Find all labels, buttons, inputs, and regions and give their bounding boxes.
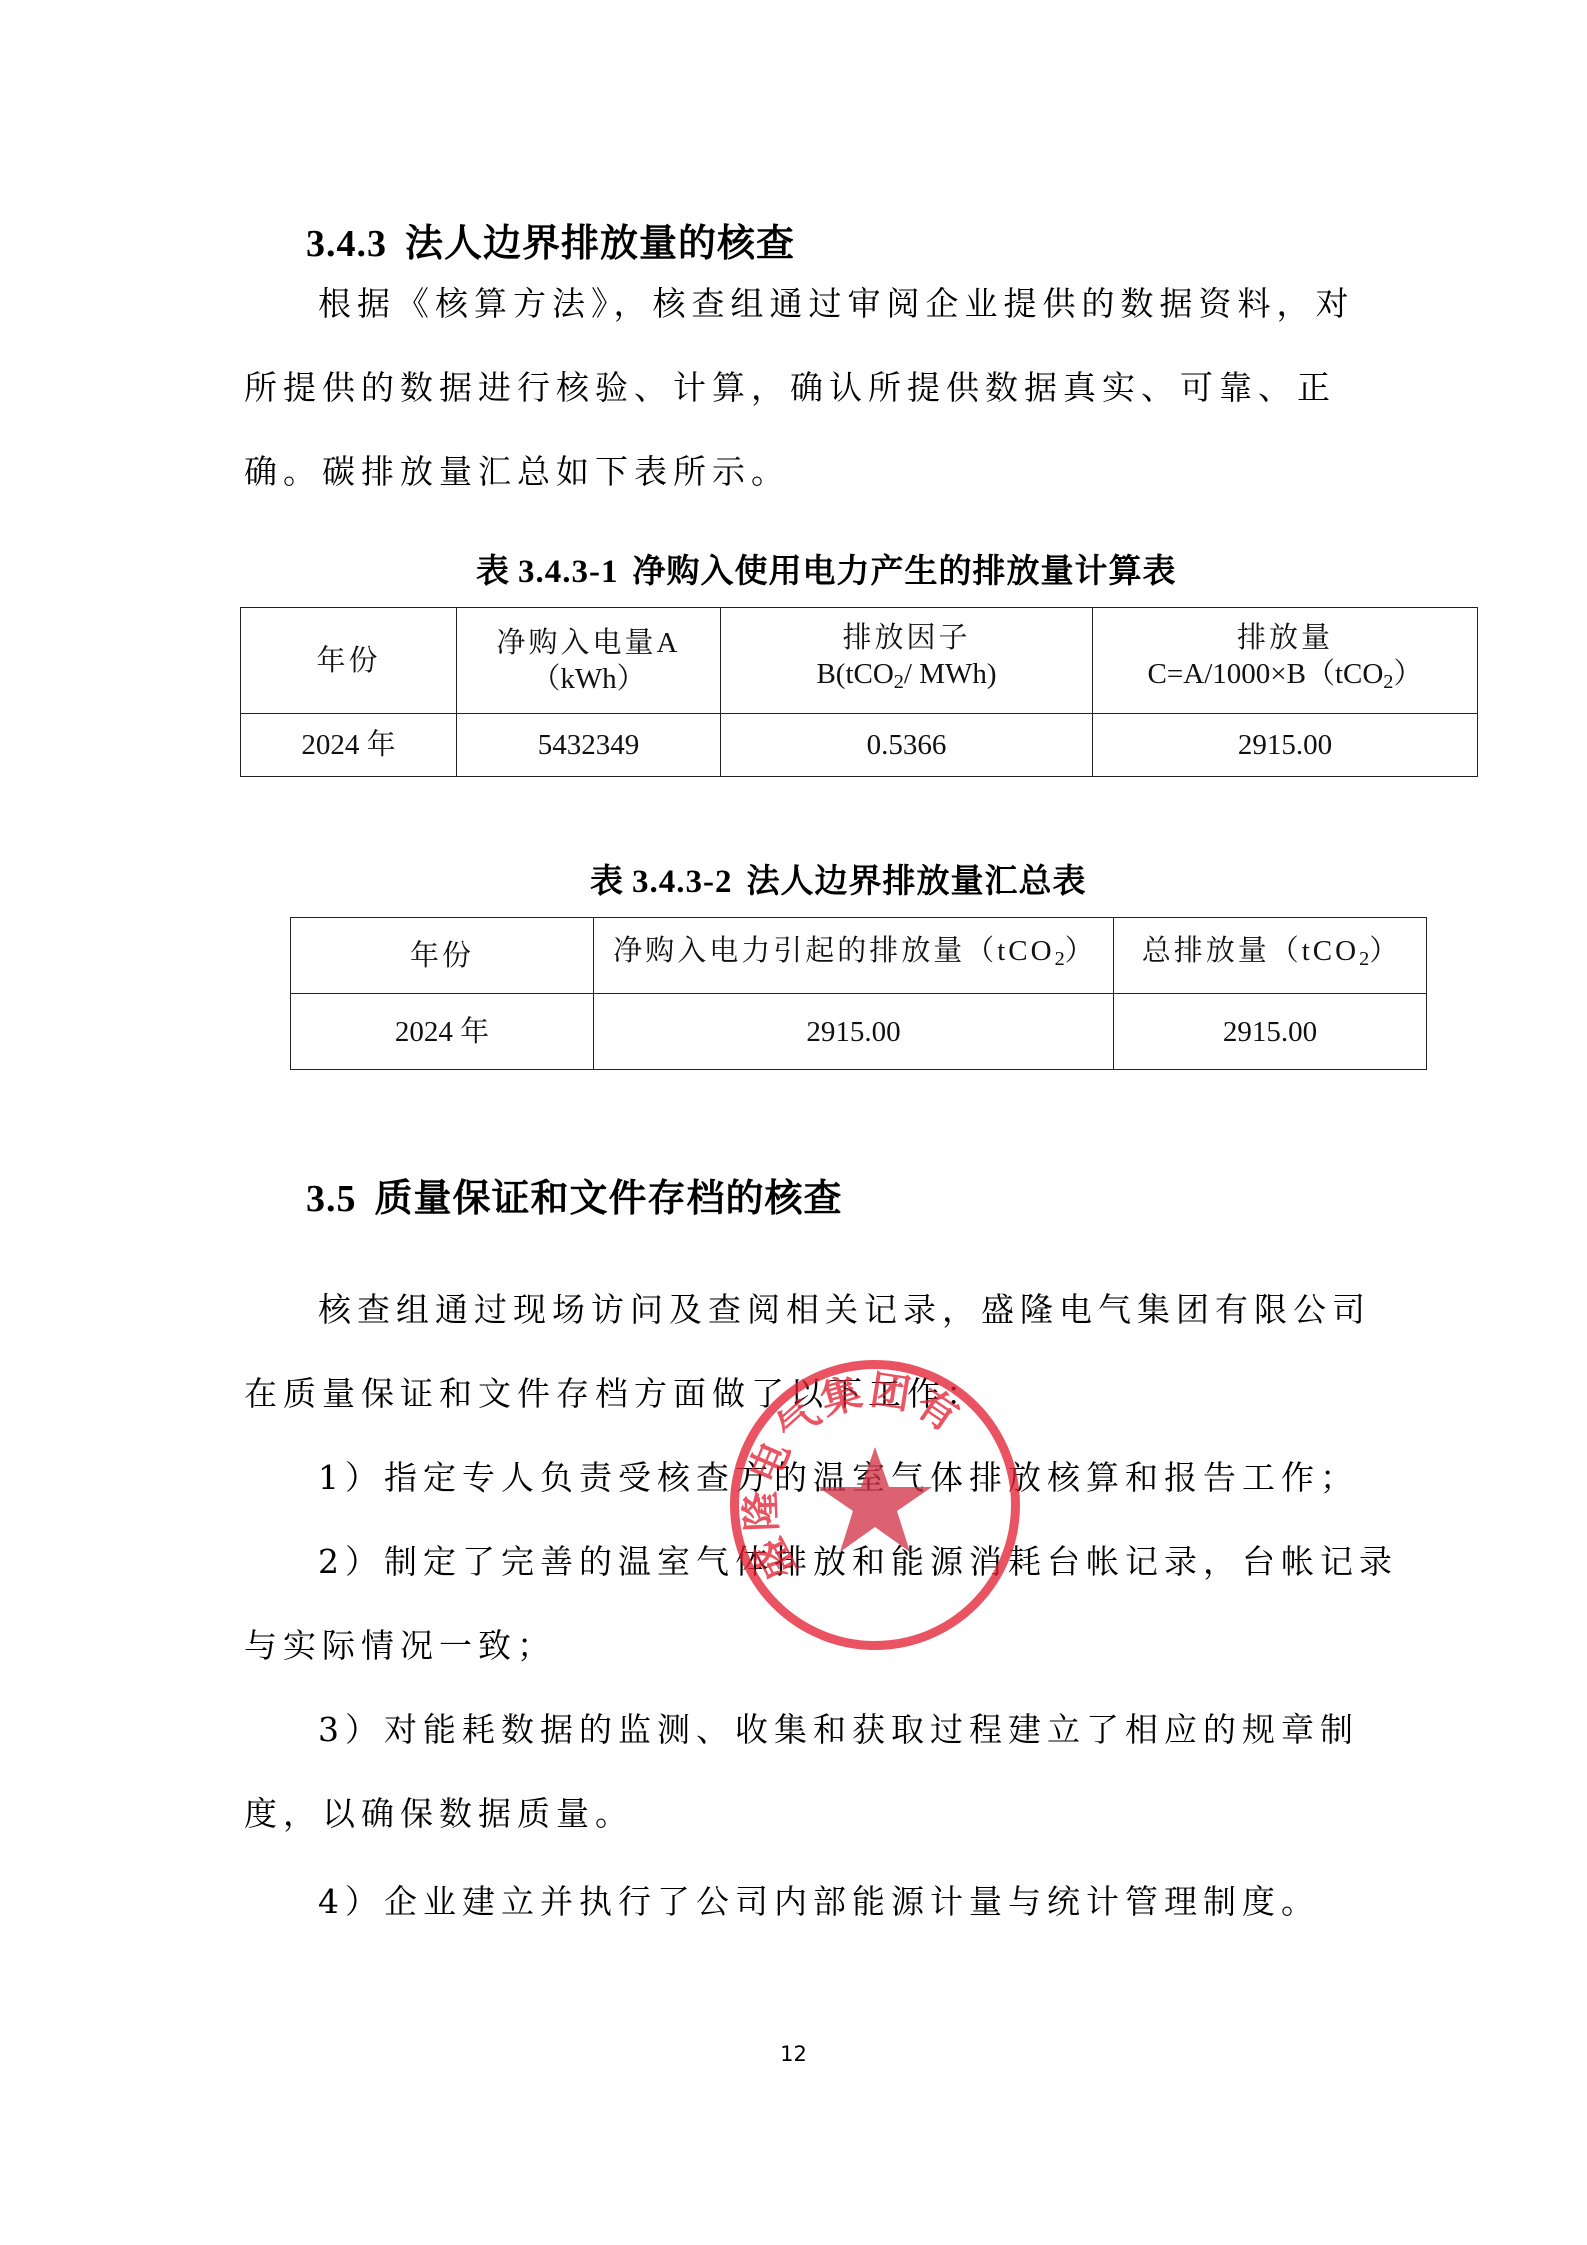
paragraph-line: 在质量保证和文件存档方面做了以下工作：: [244, 1352, 985, 1436]
caption-number: 3.4.3-2: [632, 864, 733, 900]
table-row: 2024 年 5432349 0.5366 2915.00: [241, 714, 1478, 777]
caption-prefix: 表: [476, 554, 510, 590]
table-row: 2024 年 2915.00 2915.00: [291, 994, 1427, 1070]
header-cell: 年份: [241, 608, 457, 714]
list-item: 1）指定专人负责受核查方的温室气体排放核算和报告工作；: [318, 1436, 1359, 1520]
table-caption: 表3.4.3-1净购入使用电力产生的排放量计算表: [476, 545, 1177, 592]
page-number: 12: [0, 2042, 1587, 2066]
paragraph-line: 所提供的数据进行核验、计算，确认所提供数据真实、可靠、正: [244, 346, 1336, 430]
section-heading-3-5: 3.5质量保证和文件存档的核查: [306, 1167, 843, 1222]
emission-summary-table: 年份 净购入电力引起的排放量（tCO2） 总排放量（tCO2） 2024 年 2…: [290, 917, 1427, 1070]
header-cell: 排放因子 B(tCO2/ MWh): [721, 608, 1093, 714]
list-item: 3）对能耗数据的监测、收集和获取过程建立了相应的规章制: [318, 1688, 1359, 1772]
cell-total-emissions: 2915.00: [1114, 994, 1427, 1070]
cell-year: 2024 年: [291, 994, 594, 1070]
emission-calculation-table: 年份 净购入电量A （kWh） 排放因子 B(tCO2/ MWh) 排放量 C=…: [240, 607, 1478, 777]
header-cell: 排放量 C=A/1000×B（tCO2）: [1093, 608, 1478, 714]
list-item-continuation: 度，以确保数据质量。: [244, 1772, 634, 1856]
list-item: 2）制定了完善的温室气体排放和能源消耗台帐记录，台帐记录: [318, 1520, 1398, 1604]
section-number: 3.4.3: [306, 223, 387, 265]
caption-prefix: 表: [590, 864, 624, 900]
caption-title: 净购入使用电力产生的排放量计算表: [633, 554, 1177, 590]
section-title: 质量保证和文件存档的核查: [375, 1178, 843, 1220]
cell-net-purchased-electricity: 5432349: [457, 714, 721, 777]
table-header-row: 年份 净购入电力引起的排放量（tCO2） 总排放量（tCO2）: [291, 918, 1427, 994]
cell-year: 2024 年: [241, 714, 457, 777]
caption-number: 3.4.3-1: [518, 554, 619, 590]
paragraph-line: 核查组通过现场访问及查阅相关记录，盛隆电气集团有限公司: [318, 1268, 1371, 1352]
section-title: 法人边界排放量的核查: [405, 223, 795, 265]
cell-net-electricity-emissions: 2915.00: [594, 994, 1114, 1070]
table-caption: 表3.4.3-2法人边界排放量汇总表: [590, 855, 1087, 902]
paragraph-line: 确。碳排放量汇总如下表所示。: [244, 430, 790, 514]
paragraph-line: 根据《核算方法》，核查组通过审阅企业提供的数据资料，对: [318, 262, 1355, 346]
cell-emissions: 2915.00: [1093, 714, 1478, 777]
header-cell: 净购入电量A （kWh）: [457, 608, 721, 714]
cell-emission-factor: 0.5366: [721, 714, 1093, 777]
caption-title: 法人边界排放量汇总表: [747, 864, 1087, 900]
list-item: 4）企业建立并执行了公司内部能源计量与统计管理制度。: [318, 1860, 1320, 1944]
list-item-continuation: 与实际情况一致；: [244, 1604, 556, 1688]
table-header-row: 年份 净购入电量A （kWh） 排放因子 B(tCO2/ MWh) 排放量 C=…: [241, 608, 1478, 714]
header-cell: 净购入电力引起的排放量（tCO2）: [594, 918, 1114, 994]
section-number: 3.5: [306, 1178, 357, 1220]
section-heading-3-4-3: 3.4.3法人边界排放量的核查: [306, 212, 795, 267]
header-cell: 总排放量（tCO2）: [1114, 918, 1427, 994]
header-cell: 年份: [291, 918, 594, 994]
